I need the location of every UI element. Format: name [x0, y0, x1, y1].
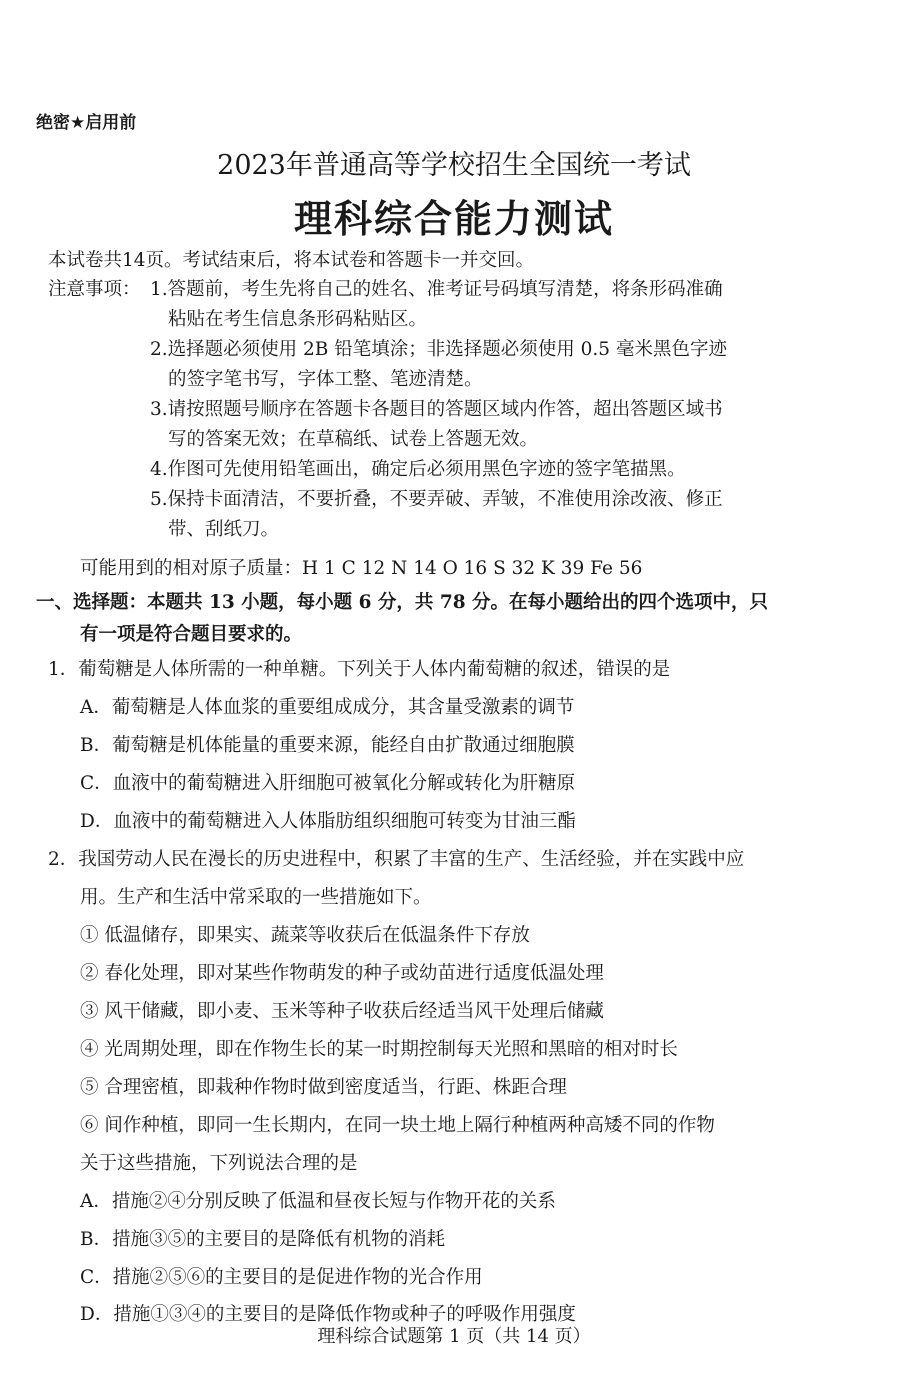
q2-stem: 2．我国劳动人民在漫长的历史进程中，积累了丰富的生产、生活经验，并在实践中应	[48, 845, 744, 871]
section-1-heading-cont: 有一项是符合题目要求的。	[80, 620, 302, 646]
pages-note: 本试卷共14页。考试结束后，将本试卷和答题卡一并交回。	[48, 246, 534, 272]
q2-option-a: A．措施②④分别反映了低温和昼夜长短与作物开花的关系	[80, 1187, 556, 1213]
q2-option-b: B．措施③⑤的主要目的是降低有机物的消耗	[80, 1225, 445, 1251]
q2-measure-1: ① 低温储存，即果实、蔬菜等收获后在低温条件下存放	[80, 921, 530, 947]
q1-option-a: A．葡萄糖是人体血浆的重要组成成分，其含量受激素的调节	[80, 693, 574, 719]
notice-5-line1: 5.保持卡面清洁，不要折叠，不要弄破、弄皱，不准使用涂改液、修正	[150, 485, 723, 511]
notice-5-line2: 带、刮纸刀。	[168, 515, 279, 541]
q2-measure-3: ③ 风干储藏，即小麦、玉米等种子收获后经适当风干处理后储藏	[80, 997, 604, 1023]
confidential-label: 绝密★启用前	[36, 108, 136, 133]
subject-title: 理科综合能力测试	[0, 188, 908, 243]
atomic-mass-line: 可能用到的相对原子质量：H 1 C 12 N 14 O 16 S 32 K 39…	[80, 554, 642, 580]
q2-measure-4: ④ 光周期处理，即在作物生长的某一时期控制每天光照和黑暗的相对时长	[80, 1035, 678, 1061]
q2-measure-5: ⑤ 合理密植，即栽种作物时做到密度适当，行距、株距合理	[80, 1073, 567, 1099]
q1-option-b: B．葡萄糖是机体能量的重要来源，能经自由扩散通过细胞膜	[80, 731, 575, 757]
section-1-heading: 一、选择题：本题共 13 小题，每小题 6 分，共 78 分。在每小题给出的四个…	[36, 588, 768, 614]
q2-measure-6: ⑥ 间作种植，即同一生长期内，在同一块土地上隔行种植两种高矮不同的作物	[80, 1111, 715, 1137]
notice-label: 注意事项：	[48, 275, 141, 301]
q1-option-c: C．血液中的葡萄糖进入肝细胞可被氧化分解或转化为肝糖原	[80, 769, 575, 795]
page-footer: 理科综合试题第 1 页（共 14 页）	[0, 1322, 908, 1348]
q1-stem: 1．葡萄糖是人体所需的一种单糖。下列关于人体内葡萄糖的叙述，错误的是	[48, 655, 670, 681]
notice-2-line1: 2.选择题必须使用 2B 铅笔填涂；非选择题必须使用 0.5 毫米黑色字迹	[150, 335, 727, 361]
notice-1-line2: 粘贴在考生信息条形码粘贴区。	[168, 305, 427, 331]
q2-measure-2: ② 春化处理，即对某些作物萌发的种子或幼苗进行适度低温处理	[80, 959, 604, 985]
exam-title: 2023年普通高等学校招生全国统一考试	[0, 143, 908, 182]
notice-3-line1: 3.请按照题号顺序在答题卡各题目的答题区域内作答，超出答题区域书	[150, 395, 723, 421]
q2-option-c: C．措施②⑤⑥的主要目的是促进作物的光合作用	[80, 1263, 483, 1289]
q1-option-d: D．血液中的葡萄糖进入人体脂肪组织细胞可转变为甘油三酯	[80, 807, 576, 833]
q2-prompt: 关于这些措施，下列说法合理的是	[80, 1149, 358, 1175]
notice-4-line1: 4.作图可先使用铅笔画出，确定后必须用黑色字迹的签字笔描黑。	[150, 455, 686, 481]
notice-3-line2: 写的答案无效；在草稿纸、试卷上答题无效。	[168, 425, 538, 451]
notice-2-line2: 的签字笔书写，字体工整、笔迹清楚。	[168, 365, 483, 391]
q2-stem-cont: 用。生产和生活中常采取的一些措施如下。	[80, 883, 432, 909]
notice-1-line1: 1.答题前，考生先将自己的姓名、准考证号码填写清楚，将条形码准确	[150, 275, 723, 301]
